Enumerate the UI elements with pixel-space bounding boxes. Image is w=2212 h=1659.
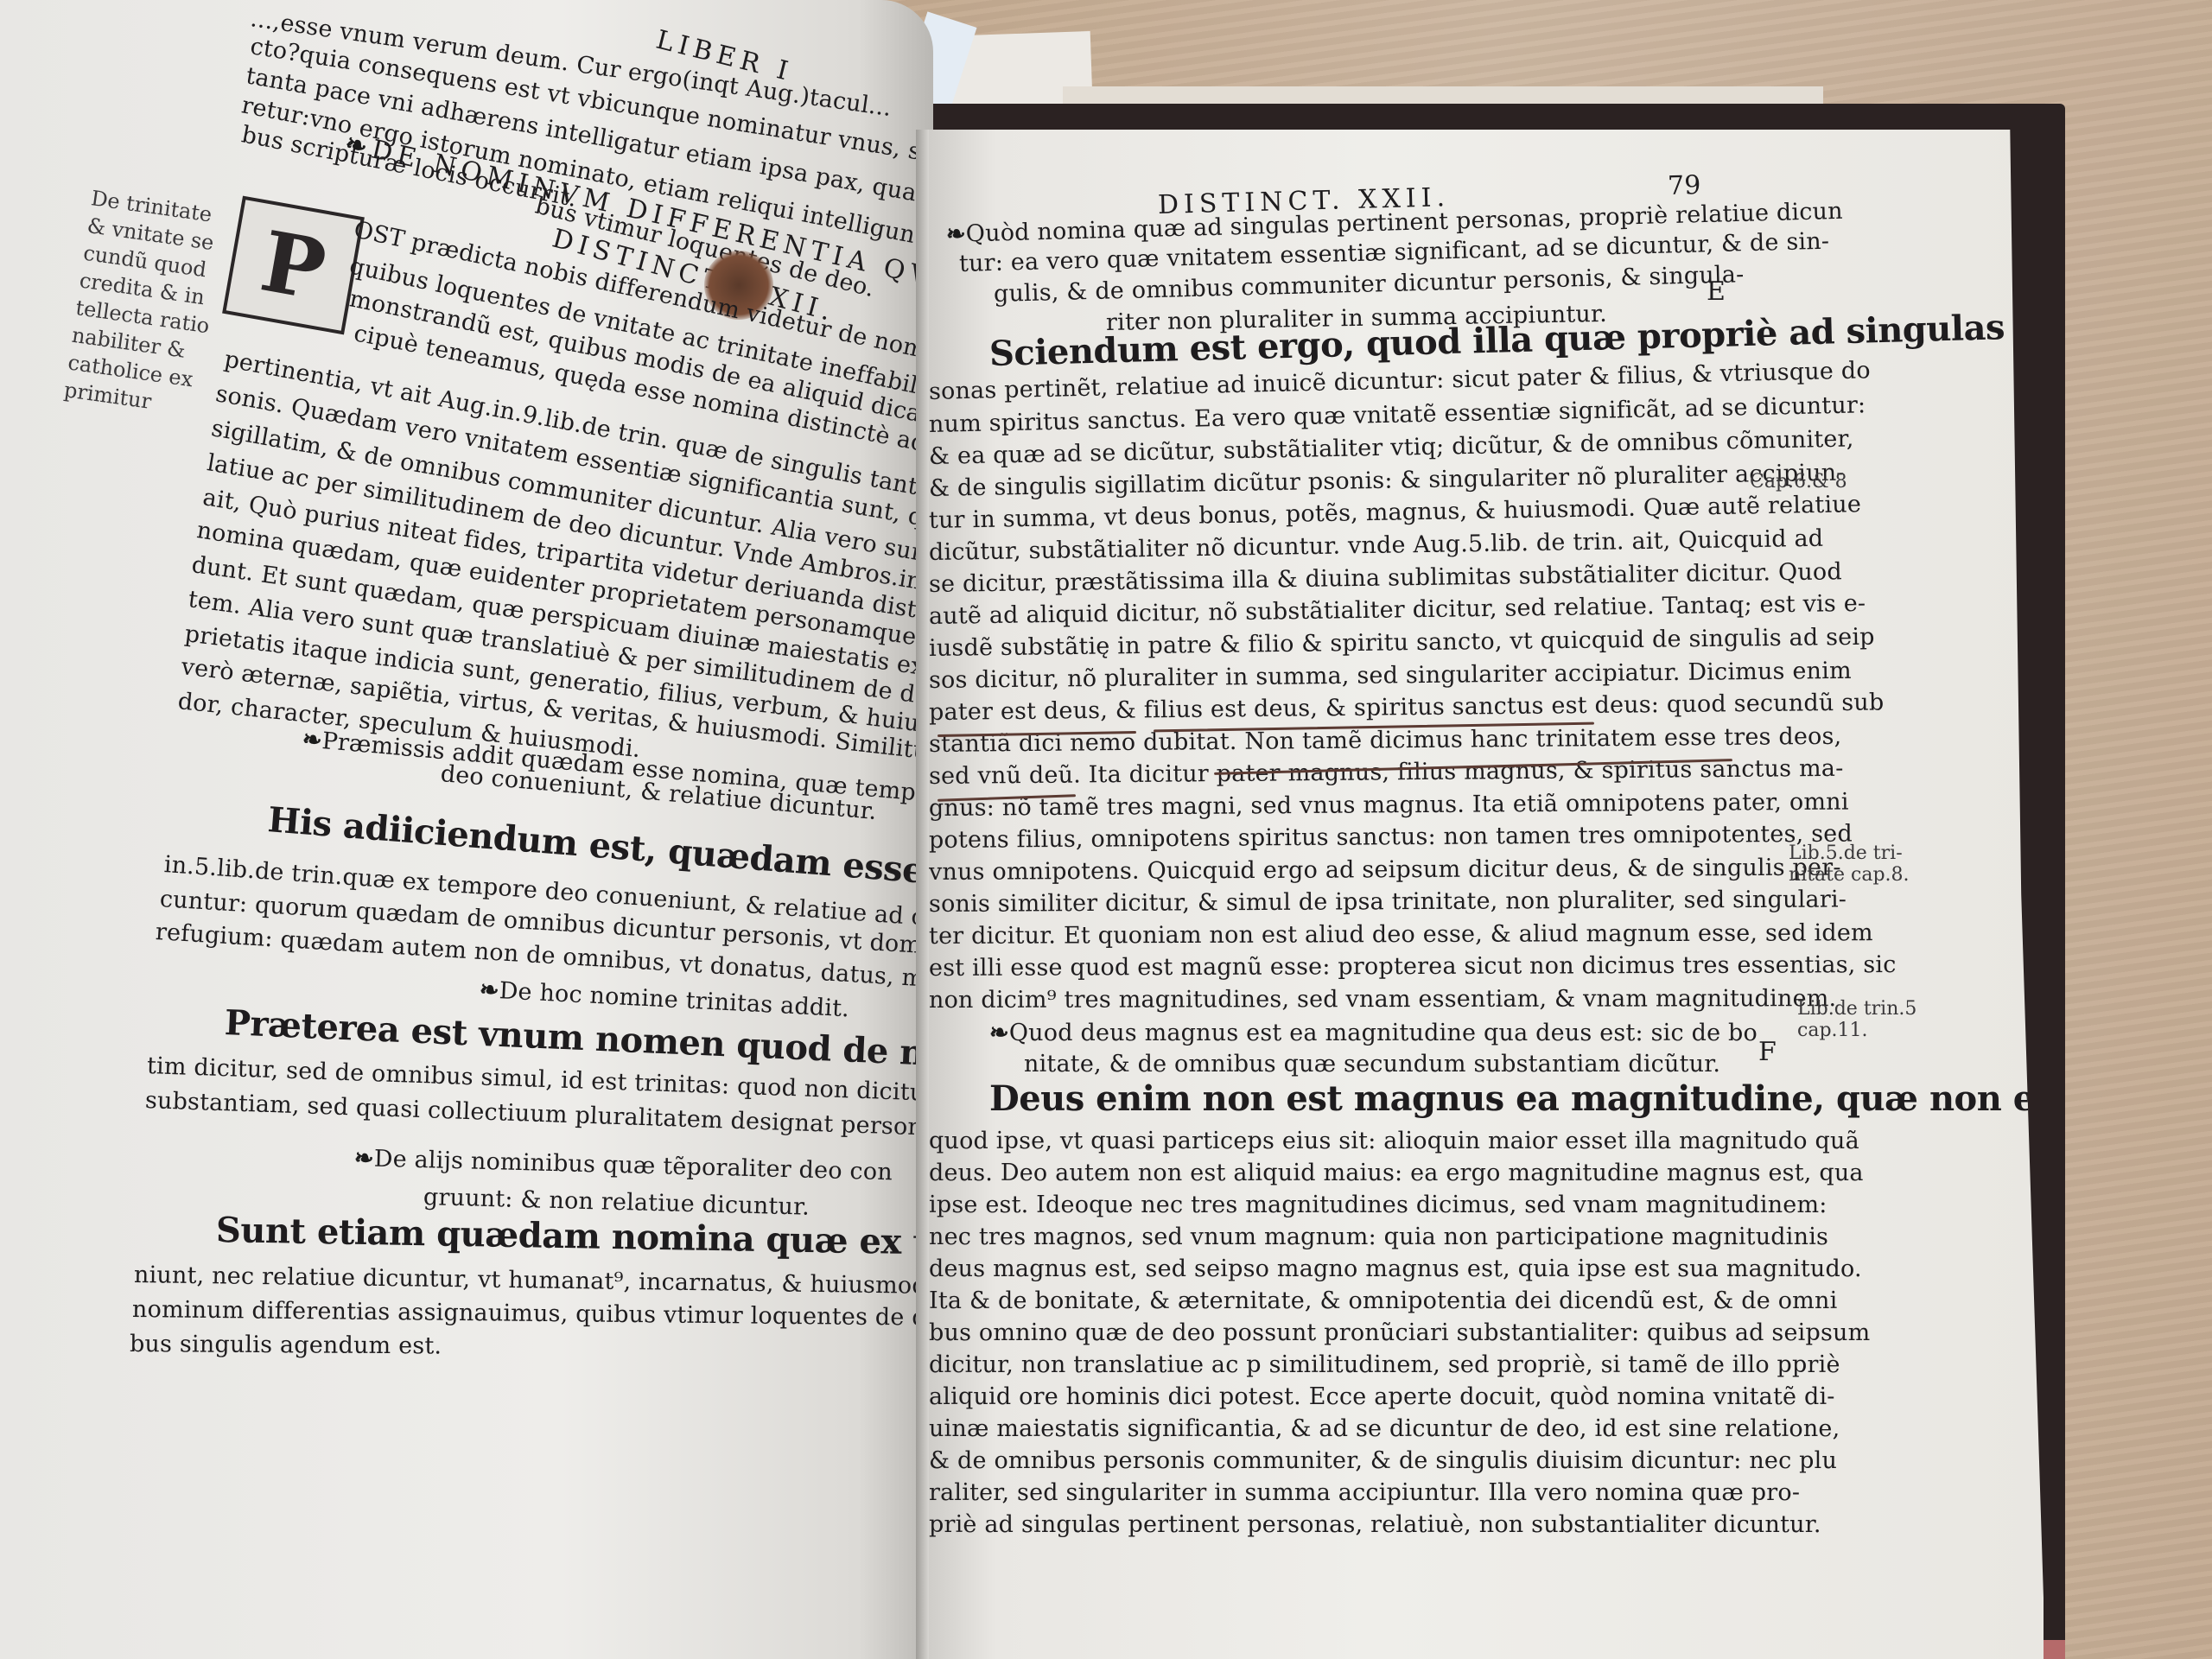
text-line: quod ipse, vt quasi particeps eius sit: … <box>929 1128 1859 1154</box>
text-line: ipse est. Ideoque nec tres magnitudines … <box>929 1192 1827 1218</box>
decorated-initial: P <box>222 196 365 335</box>
text-line: non dicim⁹ tres magnitudines, sed vnam e… <box>929 985 1836 1014</box>
text-line-underlined: pater est deus, & filius est deus, & spi… <box>929 689 1885 726</box>
section-letter-f: F <box>1758 1037 1777 1067</box>
text-line: aliquid ore hominis dici potest. Ecce ap… <box>929 1383 1835 1410</box>
text-line: raliter, sed singulariter in summa accip… <box>929 1479 1800 1506</box>
text-line: uinæ maiestatis significantia, & ad se d… <box>929 1415 1840 1442</box>
text-line: potens filius, omnipotens spiritus sanct… <box>929 821 1853 854</box>
right-margin-note: Lib.de trin.5 <box>1797 998 1916 1020</box>
rubric: De alijs nominibus quæ tẽporaliter deo c… <box>373 1146 893 1186</box>
text-line: vnus omnipotens. Quicquid ergo ad seipsu… <box>929 854 1841 886</box>
text-line: dicitur, non translatiue ac p similitudi… <box>929 1351 1840 1378</box>
text-line: gnus: nõ tamẽ tres magni, sed vnus magnu… <box>929 789 1849 822</box>
right-margin-note: Cap.6.& 8 <box>1750 471 1847 493</box>
section-letter-e: E <box>1707 276 1726 307</box>
pilcrow-icon: ❧ <box>302 726 323 754</box>
text-line: autẽ ad aliquid dicitur, nõ substãtialit… <box>929 590 1866 630</box>
text-line: deus magnus est, sed seipso magno magnus… <box>929 1255 1862 1282</box>
text-line: priè ad singulas pertinent personas, rel… <box>929 1511 1821 1538</box>
text-line: & de omnibus personis communiter, & de s… <box>929 1447 1837 1474</box>
right-margin-note: nitate cap.8. <box>1789 864 1910 886</box>
pilcrow-icon: ❧ <box>479 976 499 1004</box>
text-line: Ita & de bonitate, & æternitate, & omnip… <box>929 1287 1837 1314</box>
rubric: Quod deus magnus est ea magnitudine qua … <box>1009 1020 1758 1046</box>
left-margin-note: De trinitate & vnitate se cundũ quod cre… <box>62 184 238 423</box>
text-line: sonis similiter dicitur, & simul de ipsa… <box>929 886 1847 918</box>
pilcrow-icon: ❧ <box>354 1145 375 1173</box>
folio-number: 79 <box>1668 170 1701 201</box>
text-line: nec tres magnos, sed vnum magnum: quia n… <box>929 1224 1828 1250</box>
paragraph-lead: Deus enim non est magnus ea magnitudine,… <box>989 1078 2069 1119</box>
text-line: iusdẽ substãtię in patre & filio & spiri… <box>929 624 1875 662</box>
text-line: deus. Deo autem non est aliquid maius: e… <box>929 1160 1864 1186</box>
text-line: est illi esse quod est magnũ esse: propt… <box>929 951 1897 982</box>
text-line-underlined: stantiã dici nemo dubitat. Non tamẽ dici… <box>929 723 1842 758</box>
text-line: bus omnino quæ de deo possunt pronũciari… <box>929 1319 1870 1346</box>
text-line: ter dicitur. Et quoniam non est aliud de… <box>929 919 1873 950</box>
right-margin-note: cap.11. <box>1797 1020 1868 1041</box>
left-page: LIBER I ...,esse vnum verum deum. Cur er… <box>0 0 933 1659</box>
text-line: sos dicitur, nõ pluraliter in summa, sed… <box>929 658 1852 694</box>
pilcrow-icon: ❧ <box>989 1020 1009 1046</box>
rubric: nitate, & de omnibus quæ secundum substa… <box>1024 1051 1720 1077</box>
right-margin-note: Lib.5.de tri- <box>1789 842 1903 864</box>
pilcrow-icon: ❧ <box>946 220 967 248</box>
text-line: niunt, nec relatiue dicuntur, vt humanat… <box>134 1262 943 1300</box>
text-line: nominum differentias assignauimus, quibu… <box>132 1296 927 1332</box>
right-page: DISTINCT. XXII. 79 ❧Quòd nomina quæ ad s… <box>929 130 2044 1659</box>
text-line: bus singulis agendum est. <box>130 1331 442 1360</box>
